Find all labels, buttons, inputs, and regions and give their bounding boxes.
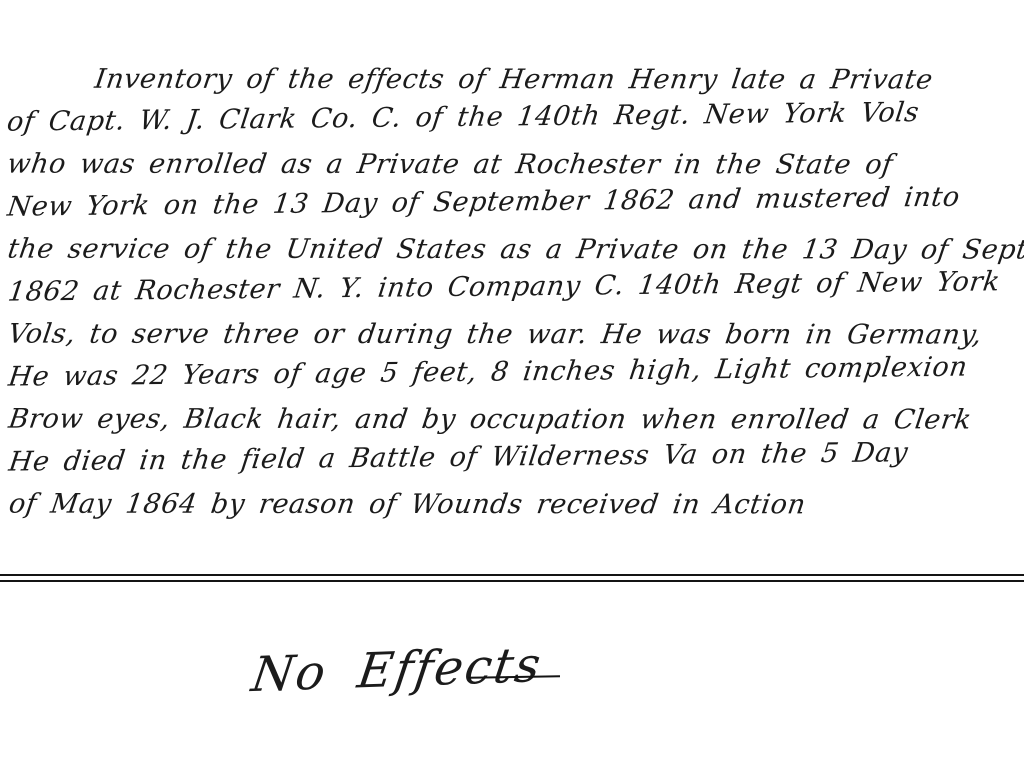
section-divider [0, 574, 1024, 582]
document-line: of May 1864 by reason of Wounds received… [6, 484, 1022, 527]
scanned-document-page: Inventory of the effects of Herman Henry… [0, 0, 1024, 769]
no-effects-note: No Effects [248, 637, 546, 703]
inventory-paragraph: Inventory of the effects of Herman Henry… [7, 53, 1019, 526]
